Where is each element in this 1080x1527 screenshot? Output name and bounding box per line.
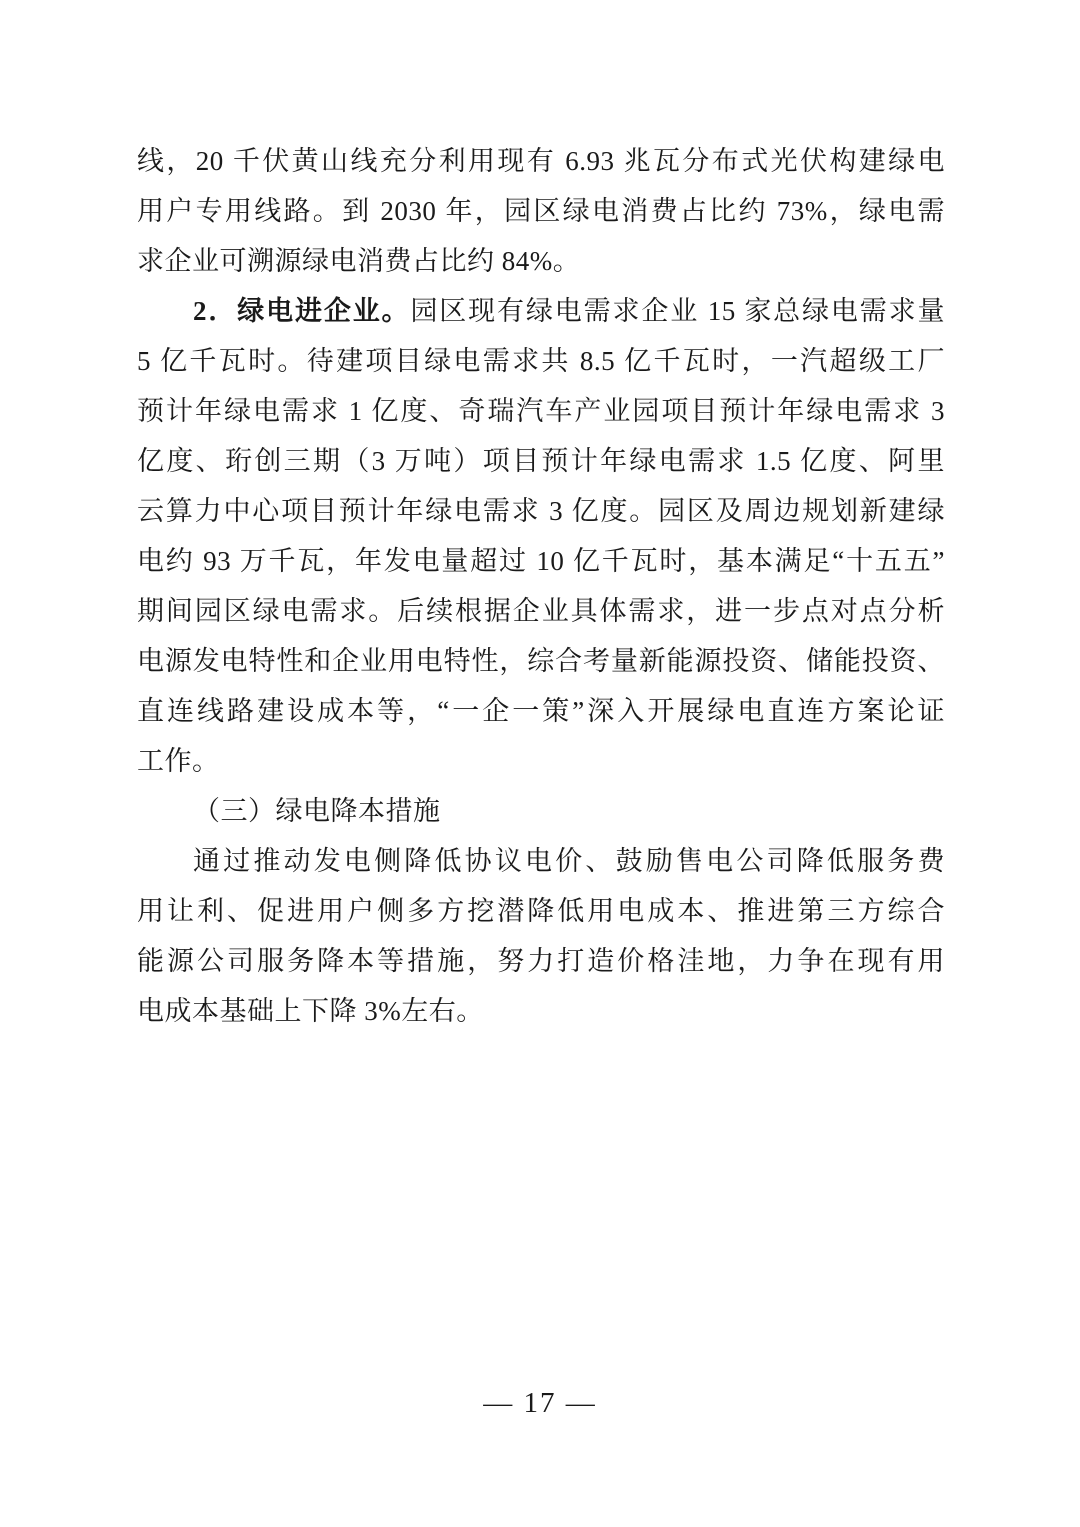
text-line: 工作。 bbox=[137, 736, 945, 786]
paragraph-cost-reduction: 通过推动发电侧降低协议电价、鼓励售电公司降低服务费 用让利、促进用户侧多方挖潜降… bbox=[137, 836, 945, 1036]
document-page: 线，20 千伏黄山线充分利用现有 6.93 兆瓦分布式光伏构建绿电 用户专用线路… bbox=[0, 0, 1080, 1527]
page-number: — 17 — bbox=[0, 1381, 1080, 1425]
text-line: 云算力中心项目预计年绿电需求 3 亿度。园区及周边规划新建绿 bbox=[137, 486, 945, 536]
text-line: 2．绿电进企业。园区现有绿电需求企业 15 家总绿电需求量 bbox=[137, 286, 945, 336]
text-line: 通过推动发电侧降低协议电价、鼓励售电公司降低服务费 bbox=[137, 836, 945, 886]
text-line: 直连线路建设成本等，“一企一策”深入开展绿电直连方案论证 bbox=[137, 686, 945, 736]
text-line: 期间园区绿电需求。后续根据企业具体需求，进一步点对点分析 bbox=[137, 586, 945, 636]
paragraph-green-power-to-enterprises: 2．绿电进企业。园区现有绿电需求企业 15 家总绿电需求量 5 亿千瓦时。待建项… bbox=[137, 286, 945, 786]
text-line: 电约 93 万千瓦，年发电量超过 10 亿千瓦时，基本满足“十五五” bbox=[137, 536, 945, 586]
text-line: 预计年绿电需求 1 亿度、奇瑞汽车产业园项目预计年绿电需求 3 bbox=[137, 386, 945, 436]
text-line: 亿度、珩创三期（3 万吨）项目预计年绿电需求 1.5 亿度、阿里 bbox=[137, 436, 945, 486]
run-in-heading: 2．绿电进企业。 bbox=[193, 296, 410, 326]
paragraph-grid-lines: 线，20 千伏黄山线充分利用现有 6.93 兆瓦分布式光伏构建绿电 用户专用线路… bbox=[137, 136, 945, 286]
document-body: 线，20 千伏黄山线充分利用现有 6.93 兆瓦分布式光伏构建绿电 用户专用线路… bbox=[137, 136, 945, 1036]
text-line: 用户专用线路。到 2030 年，园区绿电消费占比约 73%，绿电需 bbox=[137, 186, 945, 236]
section-heading: （三）绿电降本措施 bbox=[137, 786, 945, 836]
text-line: 电源发电特性和企业用电特性，综合考量新能源投资、储能投资、 bbox=[137, 636, 945, 686]
text-line: 线，20 千伏黄山线充分利用现有 6.93 兆瓦分布式光伏构建绿电 bbox=[137, 136, 945, 186]
text-run: 园区现有绿电需求企业 15 家总绿电需求量 bbox=[410, 296, 945, 326]
text-line: 5 亿千瓦时。待建项目绿电需求共 8.5 亿千瓦时，一汽超级工厂 bbox=[137, 336, 945, 386]
text-line: 电成本基础上下降 3%左右。 bbox=[137, 986, 945, 1036]
text-line: 能源公司服务降本等措施，努力打造价格洼地，力争在现有用 bbox=[137, 936, 945, 986]
text-line: 用让利、促进用户侧多方挖潜降低用电成本、推进第三方综合 bbox=[137, 886, 945, 936]
text-line: 求企业可溯源绿电消费占比约 84%。 bbox=[137, 236, 945, 286]
